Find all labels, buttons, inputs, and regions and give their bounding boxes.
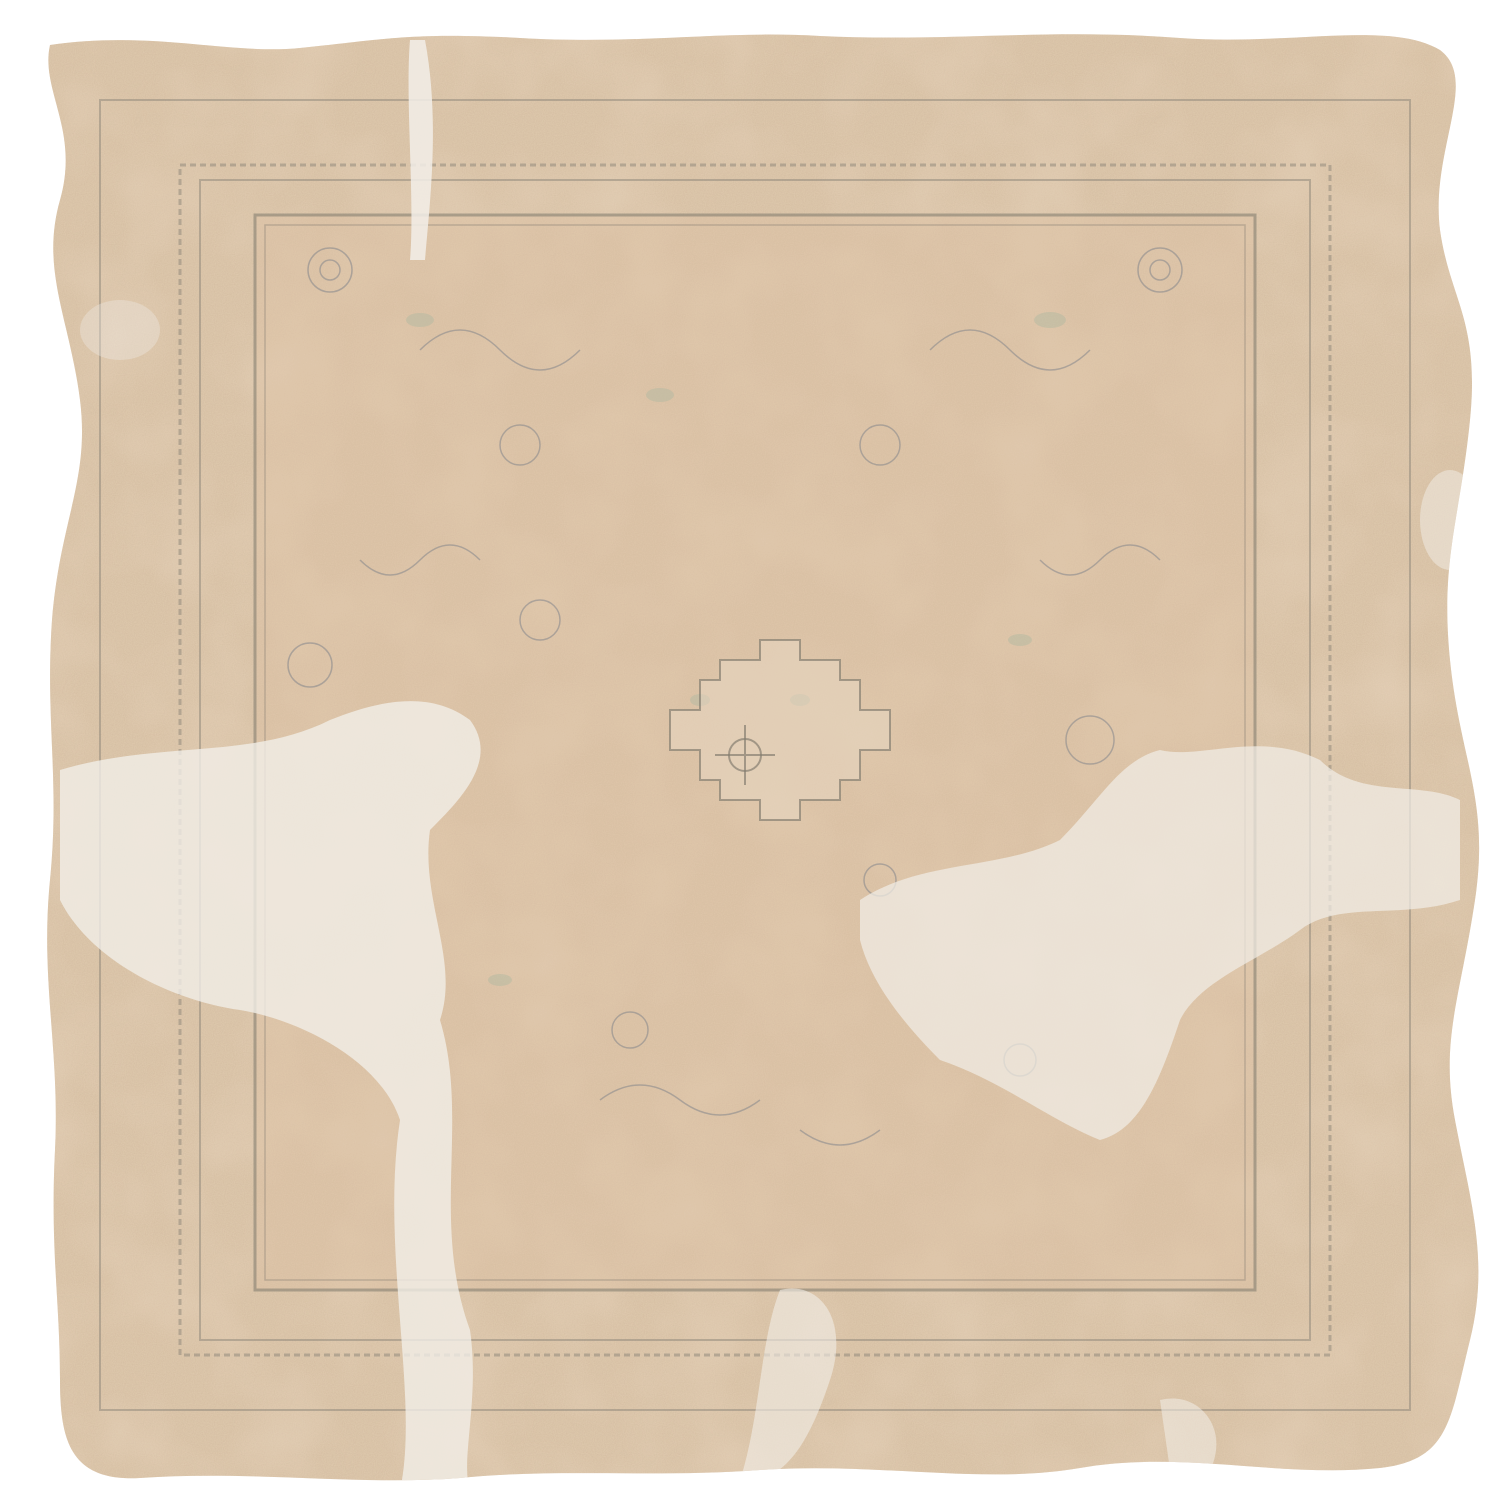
- rug-illustration: [0, 0, 1504, 1504]
- product-photo: [0, 0, 1504, 1504]
- rug: [0, 0, 1504, 1504]
